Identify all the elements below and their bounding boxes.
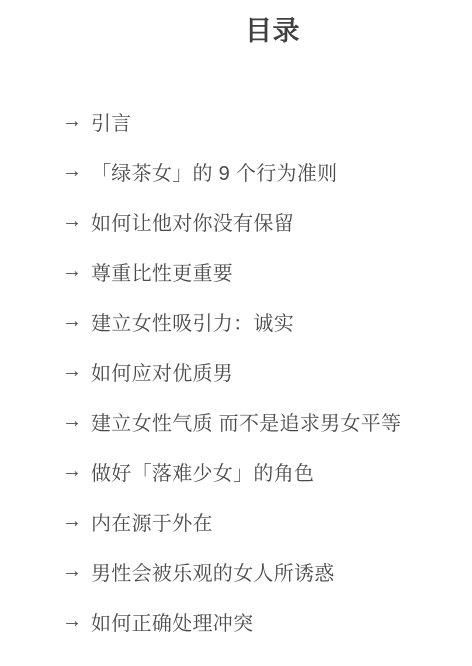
arrow-right-icon: → [62,460,82,483]
toc-item-no-reservations[interactable]: → 如何让他对你没有保留 [0,196,472,246]
toc-item-inner-from-outer[interactable]: → 内在源于外在 [0,496,472,546]
toc-item-green-tea-girl-rules[interactable]: → 「绿茶女」的 9 个行为准则 [0,146,472,196]
toc-item-build-attraction-honesty[interactable]: → 建立女性吸引力：诚实 [0,296,472,346]
toc-page: 目录 → 引言 → 「绿茶女」的 9 个行为准则 → 如何让他对你没有保留 → … [0,0,472,666]
arrow-right-icon: → [62,260,82,283]
arrow-right-icon: → [62,510,82,533]
arrow-right-icon: → [62,310,82,333]
page-title: 目录 [245,15,300,47]
toc-item-label: 如何让他对你没有保留 [91,207,294,236]
toc-item-label: 建立女性气质 而不是追求男女平等 [91,407,401,436]
toc-item-optimistic-women[interactable]: → 男性会被乐观的女人所诱惑 [0,546,472,596]
arrow-right-icon: → [62,560,82,583]
arrow-right-icon: → [62,410,82,433]
arrow-right-icon: → [62,110,82,133]
toc-item-label: 引言 [91,107,132,136]
arrow-right-icon: → [62,610,82,633]
arrow-right-icon: → [62,210,82,233]
toc-item-introduction[interactable]: → 引言 [0,96,472,146]
toc-item-label: 做好「落难少女」的角色 [91,457,314,486]
toc-item-label: 尊重比性更重要 [91,257,233,286]
arrow-right-icon: → [62,360,82,383]
toc-item-label: 建立女性吸引力：诚实 [91,307,294,336]
toc-list: → 引言 → 「绿茶女」的 9 个行为准则 → 如何让他对你没有保留 → 尊重比… [0,96,472,646]
toc-item-damsel-in-distress[interactable]: → 做好「落难少女」的角色 [0,446,472,496]
toc-item-respect-over-sex[interactable]: → 尊重比性更重要 [0,246,472,296]
toc-item-label: 如何正确处理冲突 [91,607,253,636]
toc-item-label: 「绿茶女」的 9 个行为准则 [91,157,337,186]
toc-item-handle-quality-men[interactable]: → 如何应对优质男 [0,346,472,396]
toc-item-handle-conflict[interactable]: → 如何正确处理冲突 [0,596,472,646]
toc-item-label: 内在源于外在 [91,507,213,536]
toc-item-feminine-temperament[interactable]: → 建立女性气质 而不是追求男女平等 [0,396,472,446]
arrow-right-icon: → [62,160,82,183]
toc-item-label: 如何应对优质男 [91,357,233,386]
toc-item-label: 男性会被乐观的女人所诱惑 [91,557,335,586]
